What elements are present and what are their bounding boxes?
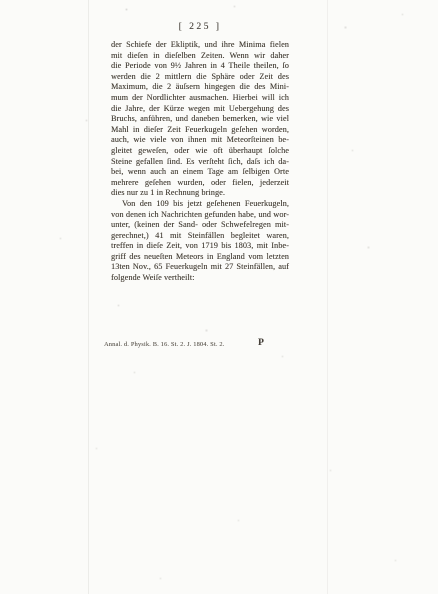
text-line: Steine gefallen ſind. Es verſteht ſich, … <box>111 157 289 168</box>
text-line: Bruchs, anführen, und daneben bemerken, … <box>111 114 289 125</box>
text-line: Mahl in dieſer Zeit Feuerkugeln geſehen … <box>111 125 289 136</box>
sheet-signature-mark: P <box>258 338 264 348</box>
body-text: der Schiefe der Ekliptik, und ihre Minim… <box>111 40 289 284</box>
text-line: griff des neueſten Meteors in England vo… <box>111 252 289 263</box>
text-line: mit dieſen in dieſelben Zeiten. Wenn wir… <box>111 51 289 62</box>
text-line: bei, wenn auch an einem Tage am ſelbigen… <box>111 167 289 178</box>
text-line: unter, (keinen der Sand- oder Schwefelre… <box>111 220 289 231</box>
scan-edge-right <box>327 0 328 594</box>
text-line: auch, wie viele von ihnen mit Meteorſtei… <box>111 135 289 146</box>
text-line: dies nur zu 1 in Rechnung bringe. <box>111 188 289 199</box>
scan-noise-speckles <box>0 0 1 1</box>
text-line: treffen in dieſe Zeit, von 1719 bis 1803… <box>111 241 289 252</box>
paragraph-continued: der Schiefe der Ekliptik, und ihre Minim… <box>111 40 289 199</box>
journal-signature-line: Annal. d. Physik. B. 16. St. 2. J. 1804.… <box>104 341 224 348</box>
page-number: [ 225 ] <box>111 22 289 32</box>
paragraph-2: Von den 109 bis jetzt geſehenen Feuerkug… <box>111 199 289 284</box>
text-line: der Schiefe der Ekliptik, und ihre Minim… <box>111 40 289 51</box>
text-line: die Periode von 9½ Jahren in 4 Theile th… <box>111 61 289 72</box>
text-line: von denen ich Nachrichten gefunden habe,… <box>111 210 289 221</box>
text-line: gleitet geweſen, oder wie oft überhaupt … <box>111 146 289 157</box>
text-line: 13ten Nov., 65 Feuerkugeln mit 27 Steinf… <box>111 262 289 273</box>
scanned-journal-page: [ 225 ] der Schiefe der Ekliptik, und ih… <box>0 0 438 594</box>
text-line: werden die 2 mittlern die Sphäre oder Ze… <box>111 72 289 83</box>
scan-edge-left <box>88 0 89 594</box>
text-line: die Jahre, der Kürze wegen mit Uebergehu… <box>111 104 289 115</box>
text-line: mehrere geſehen wurden, oder fielen, jed… <box>111 178 289 189</box>
text-line: gerechnet,) 41 mit Steinfällen begleitet… <box>111 231 289 242</box>
text-line: Von den 109 bis jetzt geſehenen Feuerkug… <box>111 199 289 210</box>
text-line: Maximum, die 2 äuſsern hingegen die des … <box>111 82 289 93</box>
text-line: folgende Weiſe vertheilt: <box>111 273 289 284</box>
text-line: mum der Nordlichter ausmachen. Hierbei w… <box>111 93 289 104</box>
